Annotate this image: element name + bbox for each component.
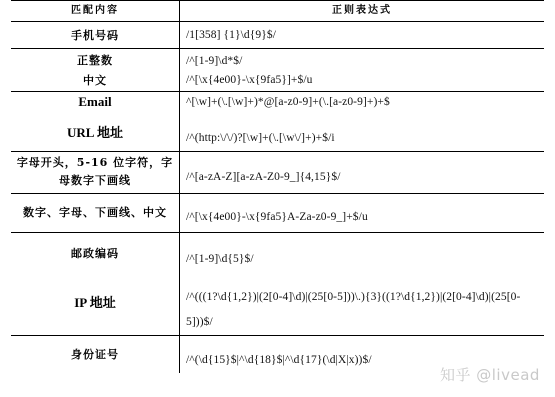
- row-divider: [11, 232, 544, 233]
- header-regex: 正则表达式: [180, 4, 544, 18]
- row-label-postal-code: 邮政编码: [11, 247, 179, 261]
- header-bottom-border: [11, 21, 544, 22]
- row-label-url: URL 地址: [11, 126, 179, 140]
- row-regex-positive-integer: /^[1-9]\d*$/: [186, 54, 242, 68]
- row-regex-url: /^(http:\/\/)?[\w]+(\.[\w\/]+)+$/i: [186, 131, 335, 145]
- column-divider: [179, 0, 180, 373]
- row-regex-chinese: /^[\x{4e00}-\x{9fa5}]+$/u: [186, 73, 313, 87]
- table-top-border: [11, 0, 544, 1]
- row-regex-ip-line1: /^(((1?\d{1,2})|(2[0-4]\d)|(25[0-5]))\.)…: [186, 290, 520, 304]
- row-regex-username: /^[a-zA-Z][a-zA-Z0-9_]{4,15}$/: [186, 170, 341, 184]
- row-label-ip: IP 地址: [11, 296, 179, 310]
- row-label-positive-integer: 正整数: [11, 54, 179, 68]
- header-match-content: 匹配内容: [11, 4, 179, 18]
- row-divider: [11, 151, 544, 152]
- row-divider: [11, 335, 544, 336]
- row-label-id-card: 身份证号: [11, 348, 179, 362]
- row-regex-email: ^[\w]+(\.[\w]+)*@[a-z0-9]+(\.[a-z0-9]+)+…: [186, 95, 390, 109]
- row-regex-postal-code: /^[1-9]\d{5}$/: [186, 252, 254, 266]
- watermark: 知乎 @livead: [440, 364, 540, 385]
- row-label-username-line1: 字母开头，5-16 位字符，字: [11, 156, 179, 170]
- row-regex-mixed-chars: /^[\x{4e00}-\x{9fa5}A-Za-z0-9_]+$/u: [186, 210, 368, 224]
- row-label-username-line2: 母数字下画线: [11, 174, 179, 188]
- row-label-mixed-chars: 数字、字母、下画线、中文: [11, 206, 179, 220]
- row-regex-id-card: /^(\d{15}$|^\d{18}$|^\d{17}(\d|X|x))$/: [186, 353, 372, 367]
- row-label-mobile: 手机号码: [11, 29, 179, 43]
- row-divider: [11, 91, 544, 92]
- row-divider: [11, 48, 544, 49]
- row-label-email: Email: [11, 95, 179, 109]
- row-label-chinese: 中文: [11, 74, 179, 88]
- row-regex-ip-line2: 5]))$/: [186, 315, 213, 329]
- row-divider: [11, 193, 544, 194]
- row-regex-mobile: /1[358] {1}\d{9}$/: [186, 28, 276, 42]
